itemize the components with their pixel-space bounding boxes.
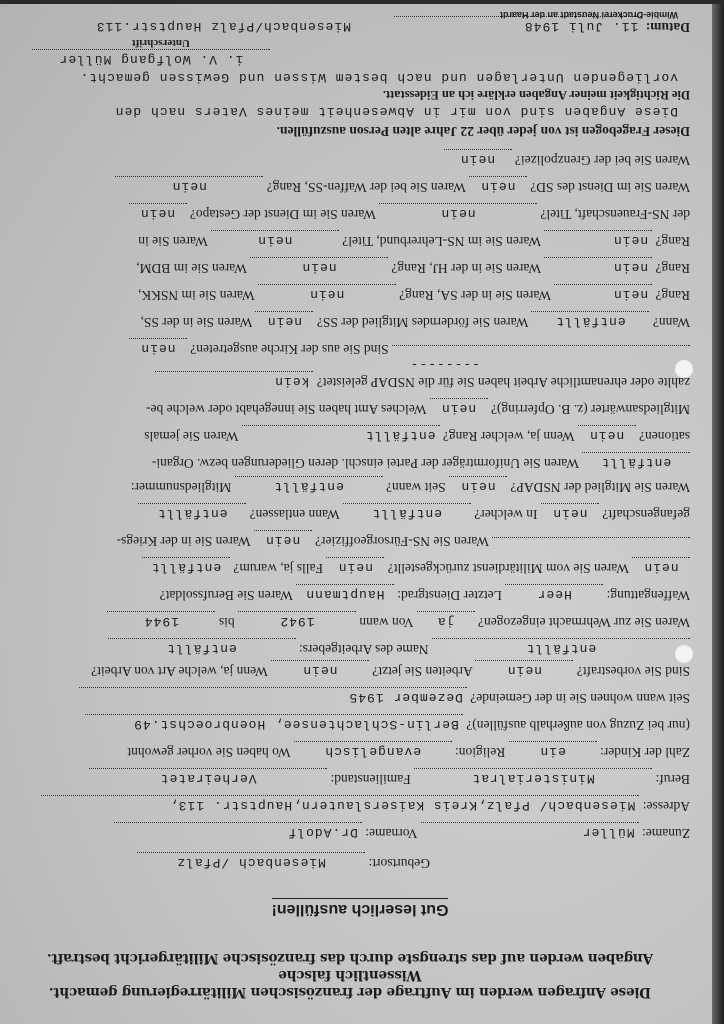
- arbeitsart-field[interactable]: entfällt: [432, 638, 690, 657]
- form-heading: Gut leserlich ausfüllen!: [30, 900, 690, 918]
- arbeitgeber-field[interactable]: entfällt: [108, 638, 296, 657]
- row-ss: Wann? entfällt Waren Sie förderndes Mitg…: [30, 311, 690, 331]
- printer-imprint: Wimbie-Druckerei Neustadt an der Haardt: [500, 10, 678, 20]
- adresse-field[interactable]: Miesenbach/ Pfalz,Kreis Kaiserslautern,H…: [41, 795, 639, 814]
- hj-field[interactable]: nein: [250, 257, 388, 276]
- row-uniform: entfällt Waren Sie Uniformträger der Par…: [30, 452, 690, 472]
- zurueckgestellt-field[interactable]: nein: [326, 557, 384, 576]
- waffengattung-field[interactable]: Heer: [505, 584, 603, 603]
- row-vorher: (nur bei Zuzug von außerhalb ausfüllen)?…: [30, 714, 690, 734]
- arbeiten-field[interactable]: nein: [271, 660, 369, 679]
- rang-field[interactable]: entfällt: [242, 425, 440, 444]
- wehrmacht-field[interactable]: ja: [417, 611, 475, 630]
- warum-field[interactable]: entfällt: [142, 557, 230, 576]
- paper-bottom-edge: [0, 0, 724, 4]
- row-name: Zuname: Müller Vorname: Dr.Adolf: [30, 822, 690, 842]
- nskk-rang-field[interactable]: nein: [544, 257, 652, 276]
- familienstand-field[interactable]: Verheiratet: [89, 768, 327, 787]
- ort-field: Miesenbach/Pfalz Hauptstr.113: [96, 19, 351, 34]
- fuersorge-field[interactable]: nein: [254, 530, 312, 549]
- gestapo-field[interactable]: nein: [129, 203, 187, 222]
- row-zurueckgestellt: nein Waren Sie vom Militärdienst zurückg…: [30, 557, 690, 577]
- welcher-field[interactable]: entfällt: [343, 503, 471, 522]
- beruf-field[interactable]: Ministerialrat: [414, 768, 652, 787]
- typed-statement-1: Diese Angaben sind von mir in Abwesenhei…: [18, 102, 690, 120]
- row-vorbestraft: Sind Sie vorbestraft? nein Arbeiten Sie …: [30, 660, 690, 680]
- row-wehrmacht: Waren Sie zur Wehrmacht eingezogen? ja V…: [30, 611, 690, 631]
- questionnaire-sheet: Diese Anfragen werden im Auftrage der fr…: [0, 0, 724, 1024]
- zuname-field[interactable]: Müller: [421, 822, 639, 841]
- grenzpolizei-field[interactable]: nein: [444, 149, 512, 168]
- ss-foerder-field[interactable]: nein: [255, 311, 313, 330]
- wann-field[interactable]: entfällt: [531, 311, 649, 330]
- dienstgrad-field[interactable]: Hauptmann: [296, 584, 394, 603]
- row-seit: Seit wann wohnen Sie in der Gemeinde? De…: [30, 687, 690, 707]
- age-note: Dieser Fragebogen ist von jeder über 22 …: [30, 122, 690, 140]
- uniform-field[interactable]: nein: [578, 425, 636, 444]
- ss-rang-field[interactable]: nein: [554, 284, 652, 303]
- row-nsdap: Waren Sie Mitglied der NSDAP? nein Seit …: [30, 476, 690, 496]
- berufssoldat-field[interactable]: nein: [632, 557, 690, 576]
- row-sd: Waren Sie im Dienst des SD? nein Waren S…: [30, 176, 690, 196]
- religion-field[interactable]: evangelisch: [294, 741, 452, 760]
- signature-block: i. V. Wolfgang Müller: [0, 49, 690, 69]
- nsdap-field[interactable]: nein: [449, 476, 507, 495]
- seit-wann-field[interactable]: entfällt: [235, 476, 383, 495]
- row-sa: Rang? nein Waren Sie in der SA, Rang? ne…: [30, 284, 690, 304]
- bdm-rang-field[interactable]: nein: [544, 230, 652, 249]
- row-fuersorge: Waren Sie NS-Fürsorgeoffizier? nein Ware…: [30, 530, 690, 550]
- vorher-field[interactable]: Berlin-Schlachtensee, Hoenbroechst.49: [85, 714, 463, 733]
- row-frauenschaft: der NS-Frauenschaft, Titel? nein Waren S…: [30, 203, 690, 223]
- gefangenschaft-field[interactable]: nein: [541, 503, 599, 522]
- row-gefangenschaft: gefangenschaft? nein In welcher? entfäll…: [30, 503, 690, 523]
- von-field[interactable]: 1942: [238, 611, 356, 630]
- row-sationen: sationen? nein Wenn ja, welcher Rang? en…: [30, 425, 690, 445]
- anwaerter-field[interactable]: nein: [430, 398, 488, 417]
- bis-field[interactable]: 1944: [107, 611, 215, 630]
- waffen-ss-field[interactable]: nein: [115, 176, 263, 195]
- row-lehrerbund: Rang? nein Waren Sie im NS-Lehrerbund, T…: [30, 230, 690, 250]
- kinder-field[interactable]: ein: [509, 741, 597, 760]
- paper-edge-shadow: [712, 0, 724, 1024]
- vorbestraft-field[interactable]: nein: [475, 660, 573, 679]
- row-beruf: Beruf: Ministerialrat Familienstand: Ver…: [30, 768, 690, 788]
- row-adresse: Adresse: Miesenbach/ Pfalz,Kreis Kaisers…: [30, 795, 690, 815]
- row-arbeitgeber: entfällt Name des Arbeitgebers: entfällt: [30, 638, 690, 658]
- signature-label: Unterschrift: [0, 34, 690, 52]
- row-kirche: Sind Sie aus der Kirche ausgetreten? nei…: [30, 338, 690, 358]
- mitgliedsnummer-field[interactable]: entfällt: [582, 452, 690, 471]
- row-hj: Rang? nein Waren Sie in der HJ, Rang? ne…: [30, 257, 690, 277]
- row-anwaerter: Mitgliedsanwärter (z. B. Opferring)? nei…: [30, 398, 690, 418]
- row-waffengattung: Waffengattung: Heer Letzter Dienstgrad: …: [30, 584, 690, 604]
- sa-field[interactable]: nein: [258, 284, 396, 303]
- kirche-blank[interactable]: [392, 345, 690, 346]
- row-geburtsort: Geburtsort: Miesenbach /Pfalz: [0, 852, 690, 872]
- oath-line: Die Richtigkeit meiner Angaben erkläre i…: [30, 86, 690, 104]
- seit-field[interactable]: Dezember 1945: [79, 687, 467, 706]
- row-grenzpolizei: Waren Sie bei der Grenzpolizei? nein: [30, 149, 690, 169]
- kirche-field[interactable]: nein: [129, 338, 187, 357]
- sd-field[interactable]: nein: [469, 176, 527, 195]
- frauenschaft-field[interactable]: nein: [379, 203, 537, 222]
- fuersorge-blank[interactable]: [492, 537, 690, 538]
- warning-notice: Diese Anfragen werden im Auftrage der fr…: [30, 949, 670, 1000]
- entlassen-field[interactable]: entfällt: [138, 503, 246, 522]
- geburtsort-field[interactable]: Miesenbach /Pfalz: [137, 852, 365, 871]
- typed-statement-2: vorliegenden Unterlagen und nach bestem …: [18, 68, 690, 86]
- row-ehrenamt: zahlte oder ehrenamtliche Arbeit haben S…: [30, 371, 690, 391]
- row-kinder: Zahl der Kinder: ein Religion: evangelis…: [30, 741, 690, 761]
- lehrerbund-field[interactable]: nein: [211, 230, 339, 249]
- vorname-field[interactable]: Dr.Adolf: [114, 822, 362, 841]
